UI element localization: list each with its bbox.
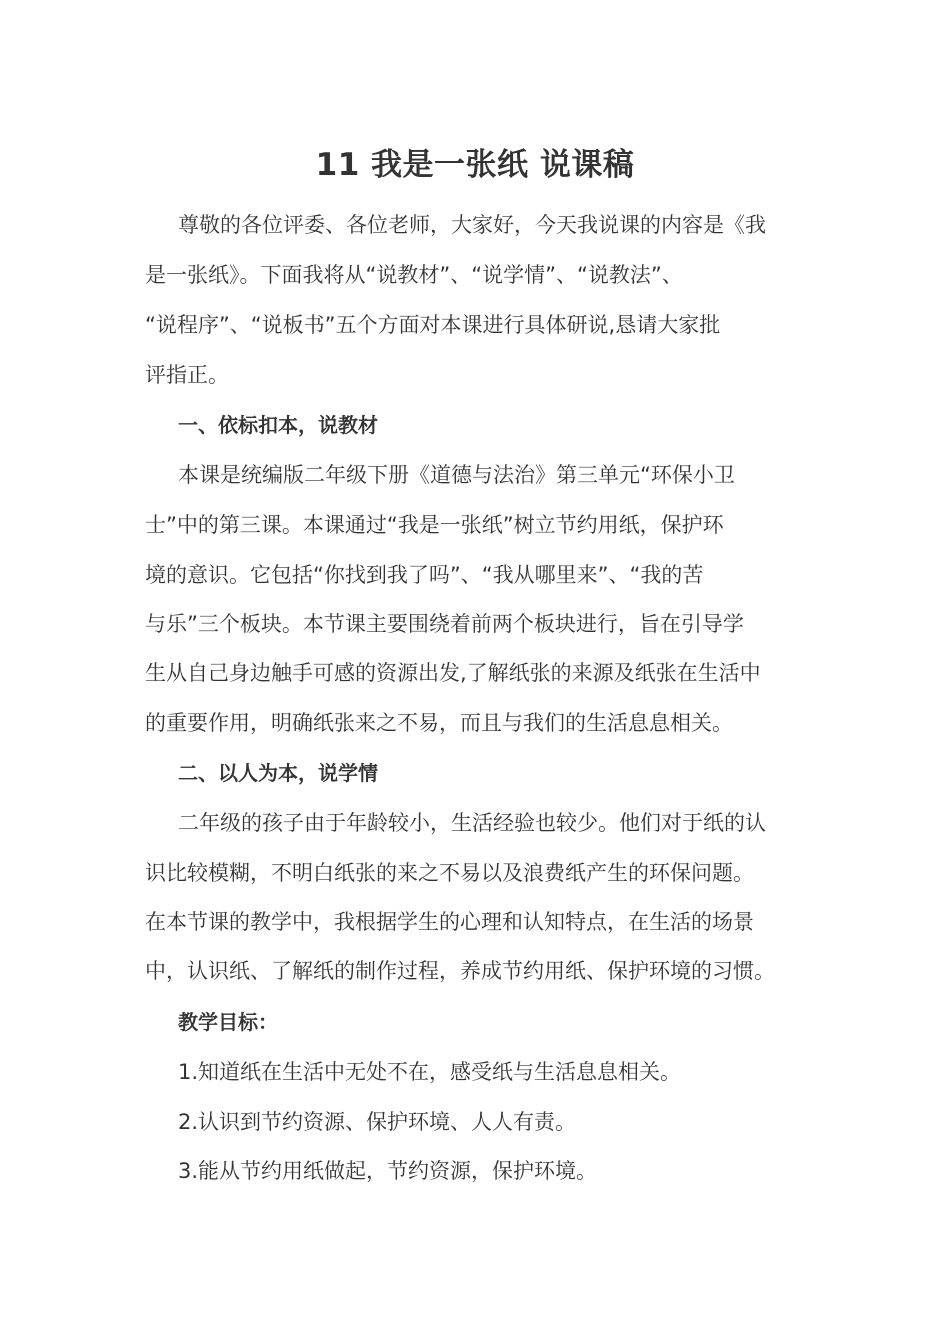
- intro-line: 尊敬的各位评委、各位老师，大家好，今天我说课的内容是《我: [178, 210, 843, 240]
- intro-line: “说程序”、“说板书”五个方面对本课进行具体研说,恳请大家批: [145, 310, 810, 340]
- goal-item: 2.认识到节约资源、保护环境、人人有责。: [178, 1107, 843, 1137]
- goal-item: 1.知道纸在生活中无处不在，感受纸与生活息息相关。: [178, 1057, 843, 1087]
- paragraph-line: 中，认识纸、了解纸的制作过程，养成节约用纸、保护环境的习惯。: [145, 956, 810, 986]
- document-title: 11 我是一张纸 说课稿: [145, 143, 805, 187]
- intro-line: 是一张纸》。下面我将从“说教材”、“说学情”、“说教法”、: [145, 260, 810, 290]
- paragraph-line: 二年级的孩子由于年龄较小，生活经验也较少。他们对于纸的认: [178, 808, 843, 838]
- paragraph-line: 士”中的第三课。本课通过“我是一张纸”树立节约用纸，保护环: [145, 510, 810, 540]
- paragraph-line: 与乐”三个板块。本节课主要围绕着前两个板块进行，旨在引导学: [145, 609, 810, 639]
- section-heading: 一、依标扣本，说教材: [178, 410, 843, 440]
- paragraph-line: 生从自己身边触手可感的资源出发,了解纸张的来源及纸张在生活中: [145, 658, 810, 688]
- intro-line: 评指正。: [145, 360, 810, 390]
- paragraph-line: 在本节课的教学中，我根据学生的心理和认知特点，在生活的场景: [145, 907, 810, 937]
- paragraph-line: 识比较模糊，不明白纸张的来之不易以及浪费纸产生的环保问题。: [145, 858, 810, 888]
- goals-heading: 教学目标：: [178, 1007, 843, 1037]
- section-heading: 二、以人为本，说学情: [178, 758, 843, 788]
- paragraph-line: 本课是统编版二年级下册《道德与法治》第三单元“环保小卫: [178, 460, 843, 490]
- goal-item: 3.能从节约用纸做起，节约资源，保护环境。: [178, 1156, 843, 1186]
- paragraph-line: 的重要作用，明确纸张来之不易，而且与我们的生活息息相关。: [145, 708, 810, 738]
- paragraph-line: 境的意识。它包括“你找到我了吗”、“我从哪里来”、“我的苦: [145, 560, 810, 590]
